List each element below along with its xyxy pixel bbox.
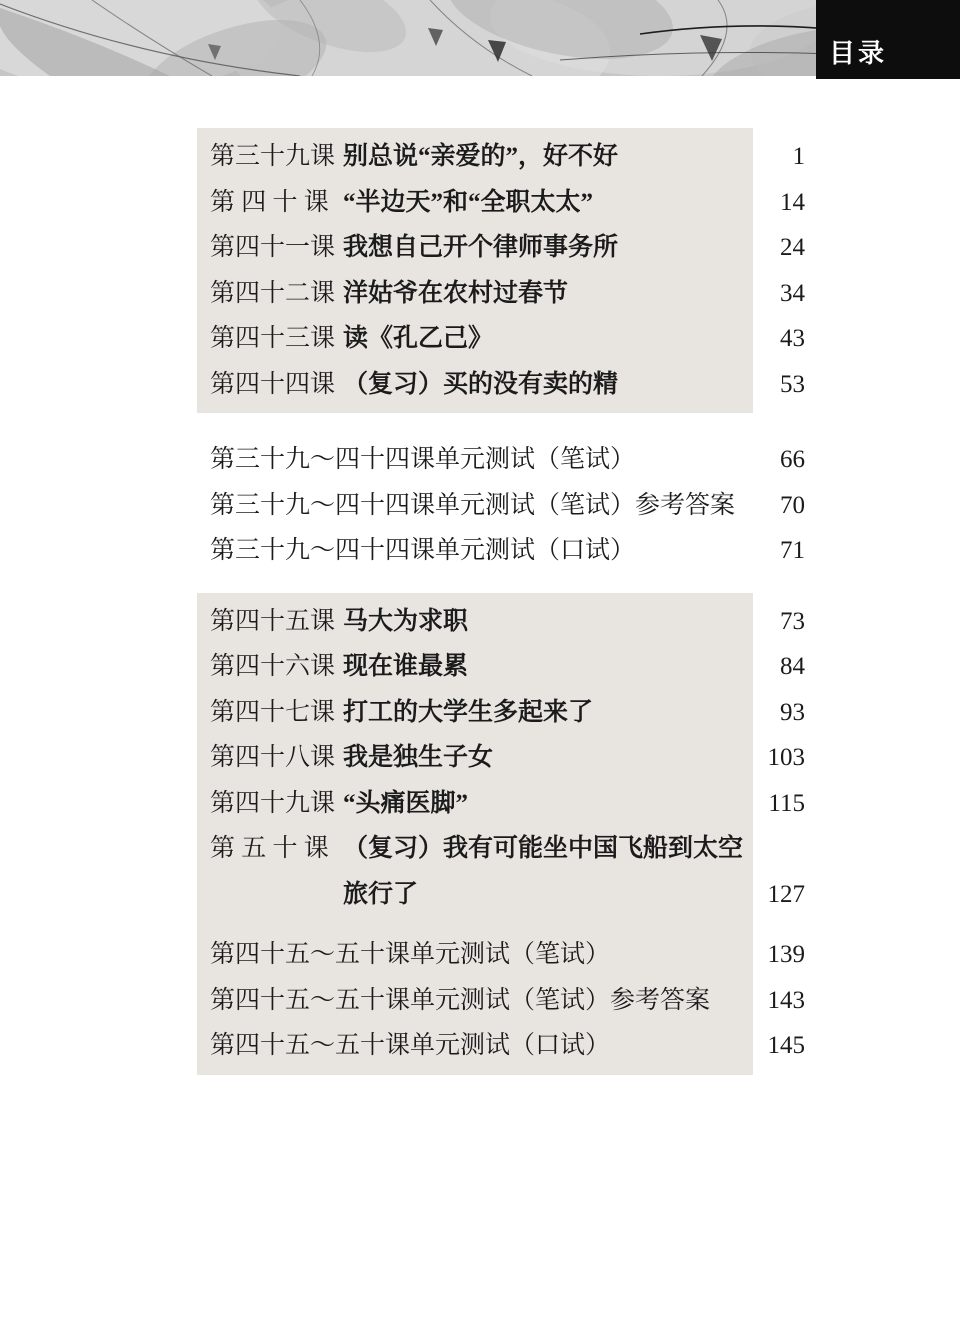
entry-page-number: 73: [743, 609, 805, 634]
toc-section-lessons-39-44: 第三十九课别总说“亲爱的”，好不好1第 四 十 课“半边天”和“全职太太”14第…: [197, 128, 805, 413]
lesson-number: 第 五 十 课: [210, 836, 343, 861]
lesson-number: 第四十一课: [210, 235, 343, 260]
entry-title: （复习）我有可能坐中国飞船到太空: [343, 836, 743, 861]
entry-page-number: 115: [743, 791, 805, 816]
toc-title: 目录: [829, 39, 887, 69]
toc-corner-tab: 目录: [816, 0, 960, 79]
entry-page-number: 14: [743, 190, 805, 215]
entry-page-number: 145: [743, 1033, 805, 1058]
toc-entry: 第三十九～四十四课单元测试（笔试）参考答案70: [197, 483, 805, 529]
entry-title: 第三十九～四十四课单元测试（笔试）: [210, 447, 743, 472]
toc-entry: 第四十六课现在谁最累84: [197, 644, 805, 690]
lesson-number: 第四十四课: [210, 372, 343, 397]
lesson-number: 第四十六课: [210, 654, 343, 679]
entry-page-number: 139: [743, 942, 805, 967]
toc-entry: 第 五 十 课（复习）我有可能坐中国飞船到太空: [197, 826, 805, 872]
entry-page-number: 70: [743, 493, 805, 518]
entry-page-number: 1: [743, 144, 805, 169]
header-band: 目录: [0, 0, 960, 80]
toc-entry: 第四十五课马大为求职73: [197, 599, 805, 645]
toc-entry: 第四十一课我想自己开个律师事务所24: [197, 225, 805, 271]
entry-page-number: 43: [743, 326, 805, 351]
entry-title: 打工的大学生多起来了: [343, 700, 743, 725]
lesson-number: 第四十八课: [210, 745, 343, 770]
lesson-number: 第四十二课: [210, 281, 343, 306]
entry-title: “半边天”和“全职太太”: [343, 190, 743, 215]
entry-title: 洋姑爷在农村过春节: [343, 281, 743, 306]
entry-page-number: 127: [743, 882, 805, 907]
entry-page-number: 66: [743, 447, 805, 472]
toc-entry: 第三十九课别总说“亲爱的”，好不好1: [197, 134, 805, 180]
entry-title: 第三十九～四十四课单元测试（笔试）参考答案: [210, 493, 743, 518]
entry-title: 读《孔乙己》: [343, 326, 743, 351]
toc-entry: 第三十九～四十四课单元测试（笔试）66: [197, 437, 805, 483]
toc-section-lessons-45-50-and-tests: 第四十五课马大为求职73第四十六课现在谁最累84第四十七课打工的大学生多起来了9…: [197, 593, 805, 1075]
entry-title: 我想自己开个律师事务所: [343, 235, 743, 260]
toc-entry: 第四十五～五十课单元测试（笔试）139: [197, 932, 805, 978]
toc-entry: 第四十三课读《孔乙己》43: [197, 316, 805, 362]
entry-page-number: 34: [743, 281, 805, 306]
lesson-number: 第三十九课: [210, 144, 343, 169]
lesson-number: 第 四 十 课: [210, 190, 343, 215]
lesson-number: 第四十九课: [210, 791, 343, 816]
entry-title: 我是独生子女: [343, 745, 743, 770]
toc-entry: 第四十七课打工的大学生多起来了93: [197, 690, 805, 736]
toc-list: 第三十九课别总说“亲爱的”，好不好1第 四 十 课“半边天”和“全职太太”14第…: [197, 128, 805, 1075]
entry-page-number: 84: [743, 654, 805, 679]
toc-entry: 第 四 十 课“半边天”和“全职太太”14: [197, 180, 805, 226]
entry-page-number: 143: [743, 988, 805, 1013]
entry-title: 旅行了: [343, 882, 743, 907]
toc-entry: 第四十五～五十课单元测试（笔试）参考答案143: [197, 978, 805, 1024]
entry-title: 第三十九～四十四课单元测试（口试）: [210, 538, 743, 563]
toc-entry: 第四十九课“头痛医脚”115: [197, 781, 805, 827]
lesson-number: 第四十三课: [210, 326, 343, 351]
lesson-number: 第四十七课: [210, 700, 343, 725]
entry-title: “头痛医脚”: [343, 791, 743, 816]
entry-page-number: 93: [743, 700, 805, 725]
entry-title: 第四十五～五十课单元测试（口试）: [210, 1033, 743, 1058]
entry-title: 第四十五～五十课单元测试（笔试）: [210, 942, 743, 967]
toc-entry: 第四十四课（复习）买的没有卖的精53: [197, 362, 805, 408]
toc-entry: 第三十九～四十四课单元测试（口试）71: [197, 528, 805, 574]
entry-title: 现在谁最累: [343, 654, 743, 679]
toc-entry: 第四十二课洋姑爷在农村过春节34: [197, 271, 805, 317]
toc-section-unit-tests-39-44: 第三十九～四十四课单元测试（笔试）66第三十九～四十四课单元测试（笔试）参考答案…: [197, 437, 805, 574]
lesson-number: 第四十五课: [210, 609, 343, 634]
entry-title: （复习）买的没有卖的精: [343, 372, 743, 397]
entry-page-number: 24: [743, 235, 805, 260]
entry-page-number: 53: [743, 372, 805, 397]
toc-entry: 旅行了127: [197, 872, 805, 918]
entry-title: 马大为求职: [343, 609, 743, 634]
entry-page-number: 71: [743, 538, 805, 563]
entry-title: 别总说“亲爱的”，好不好: [343, 144, 743, 169]
toc-entry: 第四十五～五十课单元测试（口试）145: [197, 1023, 805, 1069]
entry-page-number: 103: [743, 745, 805, 770]
entry-title: 第四十五～五十课单元测试（笔试）参考答案: [210, 988, 743, 1013]
toc-entry: 第四十八课我是独生子女103: [197, 735, 805, 781]
